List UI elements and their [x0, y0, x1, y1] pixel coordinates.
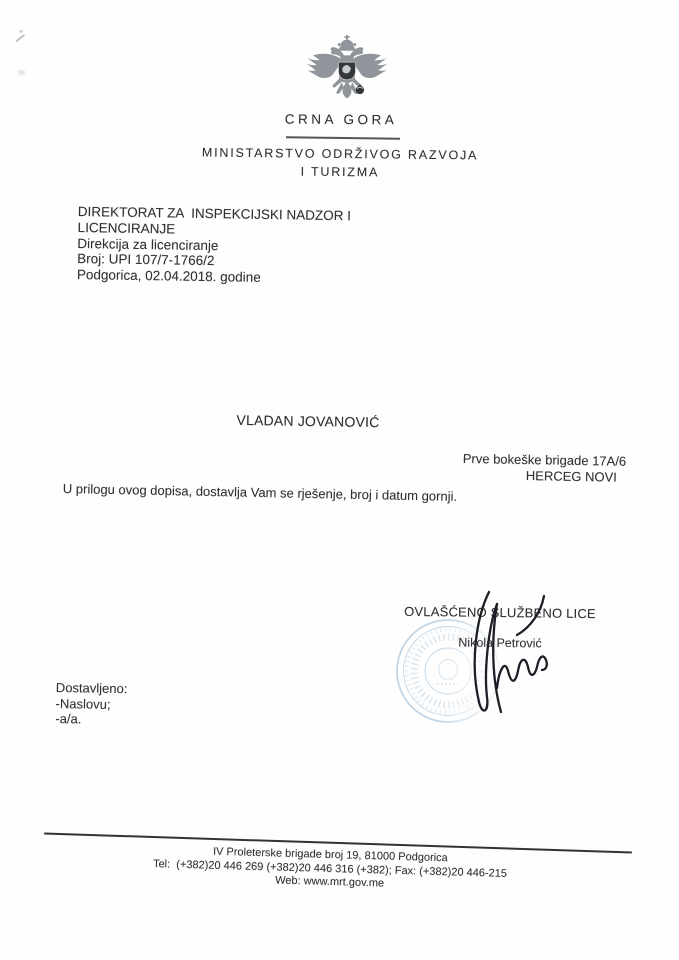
scan-artifact-dot	[19, 30, 23, 33]
country-name: CRNA GORA	[241, 111, 441, 127]
recipient-name: VLADAN JOVANOVIĆ	[198, 411, 418, 430]
scan-artifact-dash	[15, 34, 25, 43]
distribution-item: -a/a.	[55, 711, 127, 728]
body-paragraph: U prilogu ovog dopisa, dostavlja Vam se …	[63, 481, 503, 505]
scanned-letter-page: CRNA GORA MINISTARSTVO ODRŽIVOG RAZVOJA …	[0, 0, 679, 960]
distribution-item: -Naslovu;	[56, 695, 128, 712]
recipient-address-line2: HERCEG NOVI	[420, 466, 626, 485]
sender-block: DIREKTORAT ZA INSPEKCIJSKI NADZOR I LICE…	[77, 204, 351, 287]
sender-place-date: Podgorica, 02.04.2018. godine	[77, 267, 350, 287]
montenegro-coat-of-arms-icon	[306, 35, 388, 111]
letterhead-divider	[286, 136, 400, 139]
distribution-block: Dostavljeno: -Naslovu; -a/a.	[55, 680, 127, 728]
recipient-address: Prve bokeške brigade 17A/6 HERCEG NOVI	[420, 450, 627, 485]
ministry-name: MINISTARSTVO ODRŽIVOG RAZVOJA I TURIZMA	[140, 143, 540, 183]
scan-artifact-smudge	[18, 70, 25, 75]
ministry-name-line2: I TURIZMA	[140, 161, 540, 183]
handwritten-signature-icon	[453, 582, 558, 732]
distribution-label: Dostavljeno:	[56, 680, 128, 697]
